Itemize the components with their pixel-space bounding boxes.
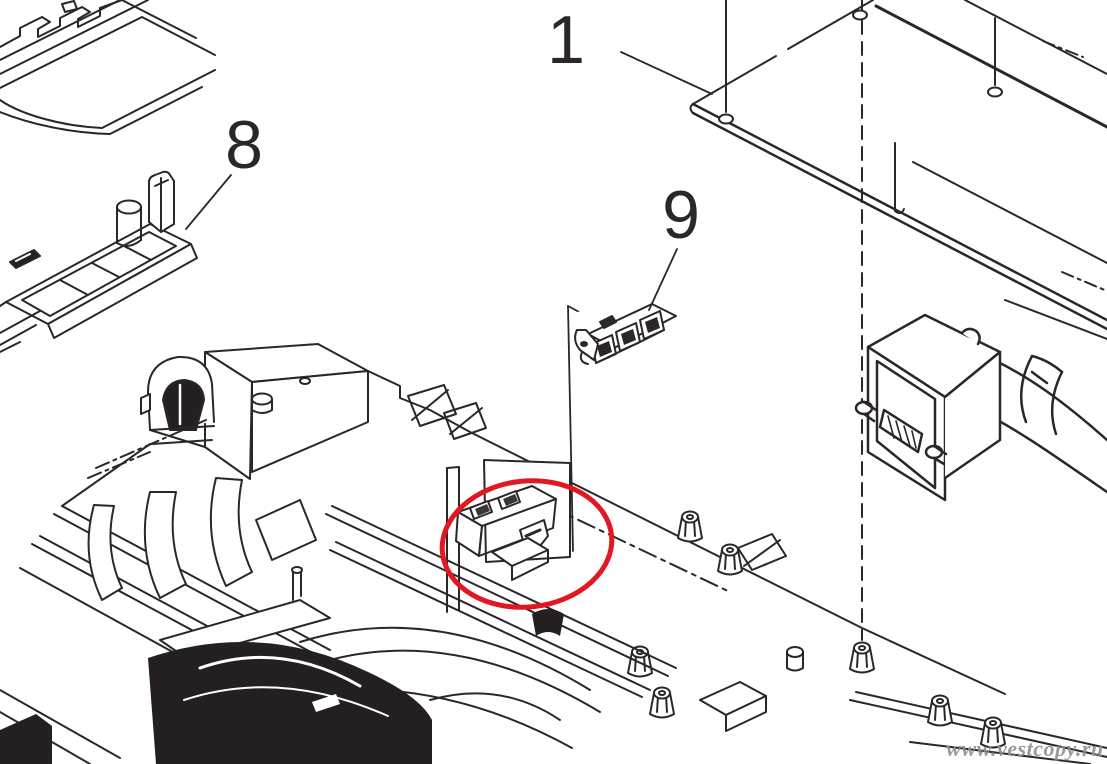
exploded-parts-diagram: 1 8 9 www.vestcopy.ru <box>0 0 1107 764</box>
screw-hole <box>988 88 1002 97</box>
guide-vane <box>145 492 186 598</box>
guide-vane <box>211 478 252 586</box>
part-9-connector <box>575 300 678 366</box>
leader-line-part-1 <box>621 52 712 94</box>
connector-mount-location <box>326 460 676 697</box>
leader-line-part-9 <box>649 249 677 310</box>
watermark-text: www.vestcopy.ru <box>946 736 1103 761</box>
part-1-plate <box>691 0 1107 640</box>
screw-hole <box>853 11 867 20</box>
cable-clamp <box>1021 356 1032 422</box>
guide-vane <box>89 505 122 600</box>
screw-boss <box>678 512 702 542</box>
screw-boss <box>928 696 952 726</box>
screw-boss <box>718 545 742 575</box>
screw-boss <box>650 688 674 718</box>
screw-boss <box>850 643 874 673</box>
diagram-canvas: 1 8 9 www.vestcopy.ru <box>0 0 1107 764</box>
ribbed-rail-fragment <box>0 0 215 134</box>
part-1-label: 1 <box>547 2 585 78</box>
leader-lines <box>186 52 712 310</box>
screw-hole <box>719 115 733 124</box>
screw-bosses <box>628 512 1005 748</box>
part-8-bracket <box>0 172 197 352</box>
part-8-label: 8 <box>225 107 263 183</box>
part-9-label: 9 <box>662 177 700 253</box>
cable-connector <box>856 315 1107 500</box>
leader-line-part-8 <box>186 175 231 229</box>
